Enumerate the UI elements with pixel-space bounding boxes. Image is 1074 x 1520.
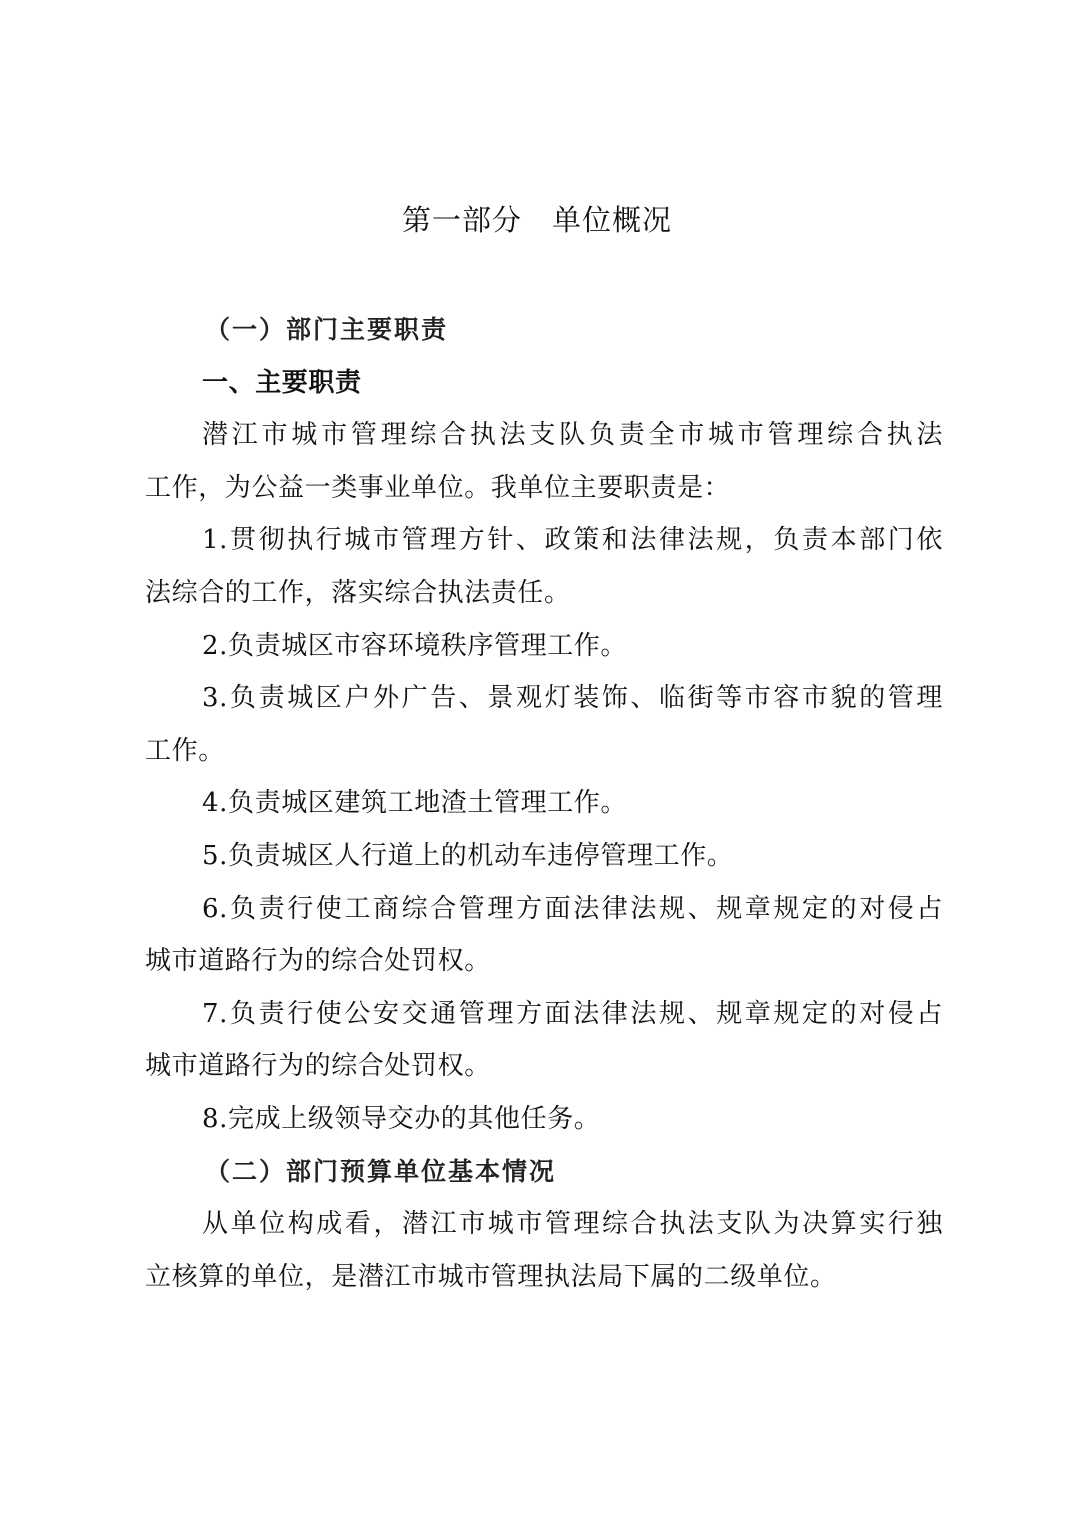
duty-item-3: 3.负责城区户外广告、景观灯装饰、临街等市容市貌的管理 [145, 672, 943, 725]
duty-item-3-continued: 工作。 [145, 725, 943, 778]
duty-item-6-continued: 城市道路行为的综合处罚权。 [145, 935, 943, 988]
duty-item-6: 6.负责行使工商综合管理方面法律法规、规章规定的对侵占 [145, 883, 943, 936]
intro-paragraph-line: 工作，为公益一类事业单位。我单位主要职责是： [145, 462, 943, 515]
page-title: 第一部分 单位概况 [0, 198, 1074, 242]
budget-unit-paragraph-line: 从单位构成看，潜江市城市管理综合执法支队为决算实行独 [145, 1198, 943, 1251]
duty-item-5: 5.负责城区人行道上的机动车违停管理工作。 [145, 830, 943, 883]
intro-paragraph-line: 潜江市城市管理综合执法支队负责全市城市管理综合执法 [145, 409, 943, 462]
duty-item-1: 1.贯彻执行城市管理方针、政策和法律法规，负责本部门依 [145, 514, 943, 567]
duty-item-8: 8.完成上级领导交办的其他任务。 [145, 1093, 943, 1146]
section-heading-duties: （一）部门主要职责 [145, 304, 943, 357]
duty-item-2: 2.负责城区市容环境秩序管理工作。 [145, 620, 943, 673]
duty-item-7-continued: 城市道路行为的综合处罚权。 [145, 1040, 943, 1093]
duty-item-4: 4.负责城区建筑工地渣土管理工作。 [145, 777, 943, 830]
section-heading-budget-units: （二）部门预算单位基本情况 [145, 1146, 943, 1199]
budget-unit-paragraph-line: 立核算的单位，是潜江市城市管理执法局下属的二级单位。 [145, 1251, 943, 1304]
duty-item-7: 7.负责行使公安交通管理方面法律法规、规章规定的对侵占 [145, 988, 943, 1041]
duty-item-1-continued: 法综合的工作，落实综合执法责任。 [145, 567, 943, 620]
document-body: （一）部门主要职责 一、主要职责 潜江市城市管理综合执法支队负责全市城市管理综合… [145, 304, 943, 1303]
document-page: 第一部分 单位概况 （一）部门主要职责 一、主要职责 潜江市城市管理综合执法支队… [0, 0, 1074, 1520]
subsection-heading-main-duties: 一、主要职责 [145, 357, 943, 410]
